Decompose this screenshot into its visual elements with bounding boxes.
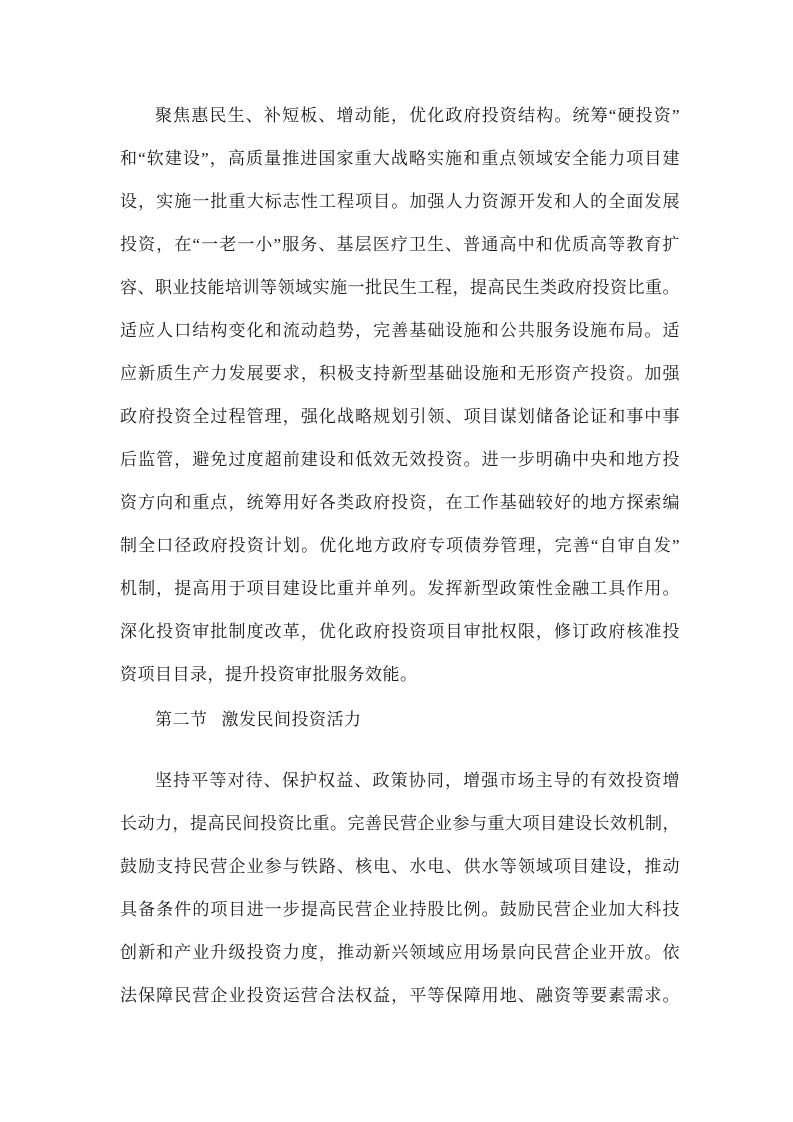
paragraph-line: 投资，在“一老一小”服务、基层医疗卫生、普通高中和优质高等教育扩 bbox=[120, 223, 680, 266]
paragraph-line: 资项目目录，提升投资审批服务效能。 bbox=[120, 653, 680, 696]
paragraph-line: 适应人口结构变化和流动趋势，完善基础设施和公共服务设施布局。适 bbox=[120, 309, 680, 352]
paragraph-line: 资方向和重点，统筹用好各类政府投资，在工作基础较好的地方探索编 bbox=[120, 481, 680, 524]
paragraph-line: 创新和产业升级投资力度，推动新兴领域应用场景向民营企业开放。依 bbox=[120, 931, 680, 974]
paragraph-line: 后监管，避免过度超前建设和低效无效投资。进一步明确中央和地方投 bbox=[120, 438, 680, 481]
paragraph-government-investment: 聚焦惠民生、补短板、增动能，优化政府投资结构。统筹“硬投资” 和“软建设”，高质… bbox=[120, 94, 680, 696]
paragraph-line: 深化投资审批制度改革，优化政府投资项目审批权限，修订政府核准投 bbox=[120, 610, 680, 653]
document-page: 聚焦惠民生、补短板、增动能，优化政府投资结构。统筹“硬投资” 和“软建设”，高质… bbox=[0, 0, 793, 1122]
paragraph-line: 聚焦惠民生、补短板、增动能，优化政府投资结构。统筹“硬投资” bbox=[120, 94, 680, 137]
paragraph-private-investment: 坚持平等对待、保护权益、政策协同，增强市场主导的有效投资增 长动力，提高民间投资… bbox=[120, 759, 680, 1017]
paragraph-line: 制全口径政府投资计划。优化地方政府专项债券管理，完善“自审自发” bbox=[120, 524, 680, 567]
paragraph-line: 具备条件的项目进一步提高民营企业持股比例。鼓励民营企业加大科技 bbox=[120, 888, 680, 931]
paragraph-line: 机制，提高用于项目建设比重并单列。发挥新型政策性金融工具作用。 bbox=[120, 567, 680, 610]
paragraph-line: 政府投资全过程管理，强化战略规划引领、项目谋划储备论证和事中事 bbox=[120, 395, 680, 438]
section-heading-title: 激发民间投资活力 bbox=[222, 710, 362, 729]
paragraph-line: 应新质生产力发展要求，积极支持新型基础设施和无形资产投资。加强 bbox=[120, 352, 680, 395]
paragraph-line: 容、职业技能培训等领域实施一批民生工程，提高民生类政府投资比重。 bbox=[120, 266, 680, 309]
section-heading-number: 第二节 bbox=[155, 710, 208, 729]
paragraph-line: 长动力，提高民间投资比重。完善民营企业参与重大项目建设长效机制， bbox=[120, 802, 680, 845]
paragraph-line: 和“软建设”，高质量推进国家重大战略实施和重点领域安全能力项目建 bbox=[120, 137, 680, 180]
paragraph-line: 坚持平等对待、保护权益、政策协同，增强市场主导的有效投资增 bbox=[120, 759, 680, 802]
document-text-block: 聚焦惠民生、补短板、增动能，优化政府投资结构。统筹“硬投资” 和“软建设”，高质… bbox=[120, 94, 680, 1017]
section-heading: 第二节激发民间投资活力 bbox=[120, 698, 680, 741]
paragraph-line: 设，实施一批重大标志性工程项目。加强人力资源开发和人的全面发展 bbox=[120, 180, 680, 223]
paragraph-line: 鼓励支持民营企业参与铁路、核电、水电、供水等领域项目建设，推动 bbox=[120, 845, 680, 888]
paragraph-line: 法保障民营企业投资运营合法权益，平等保障用地、融资等要素需求。 bbox=[120, 974, 680, 1017]
